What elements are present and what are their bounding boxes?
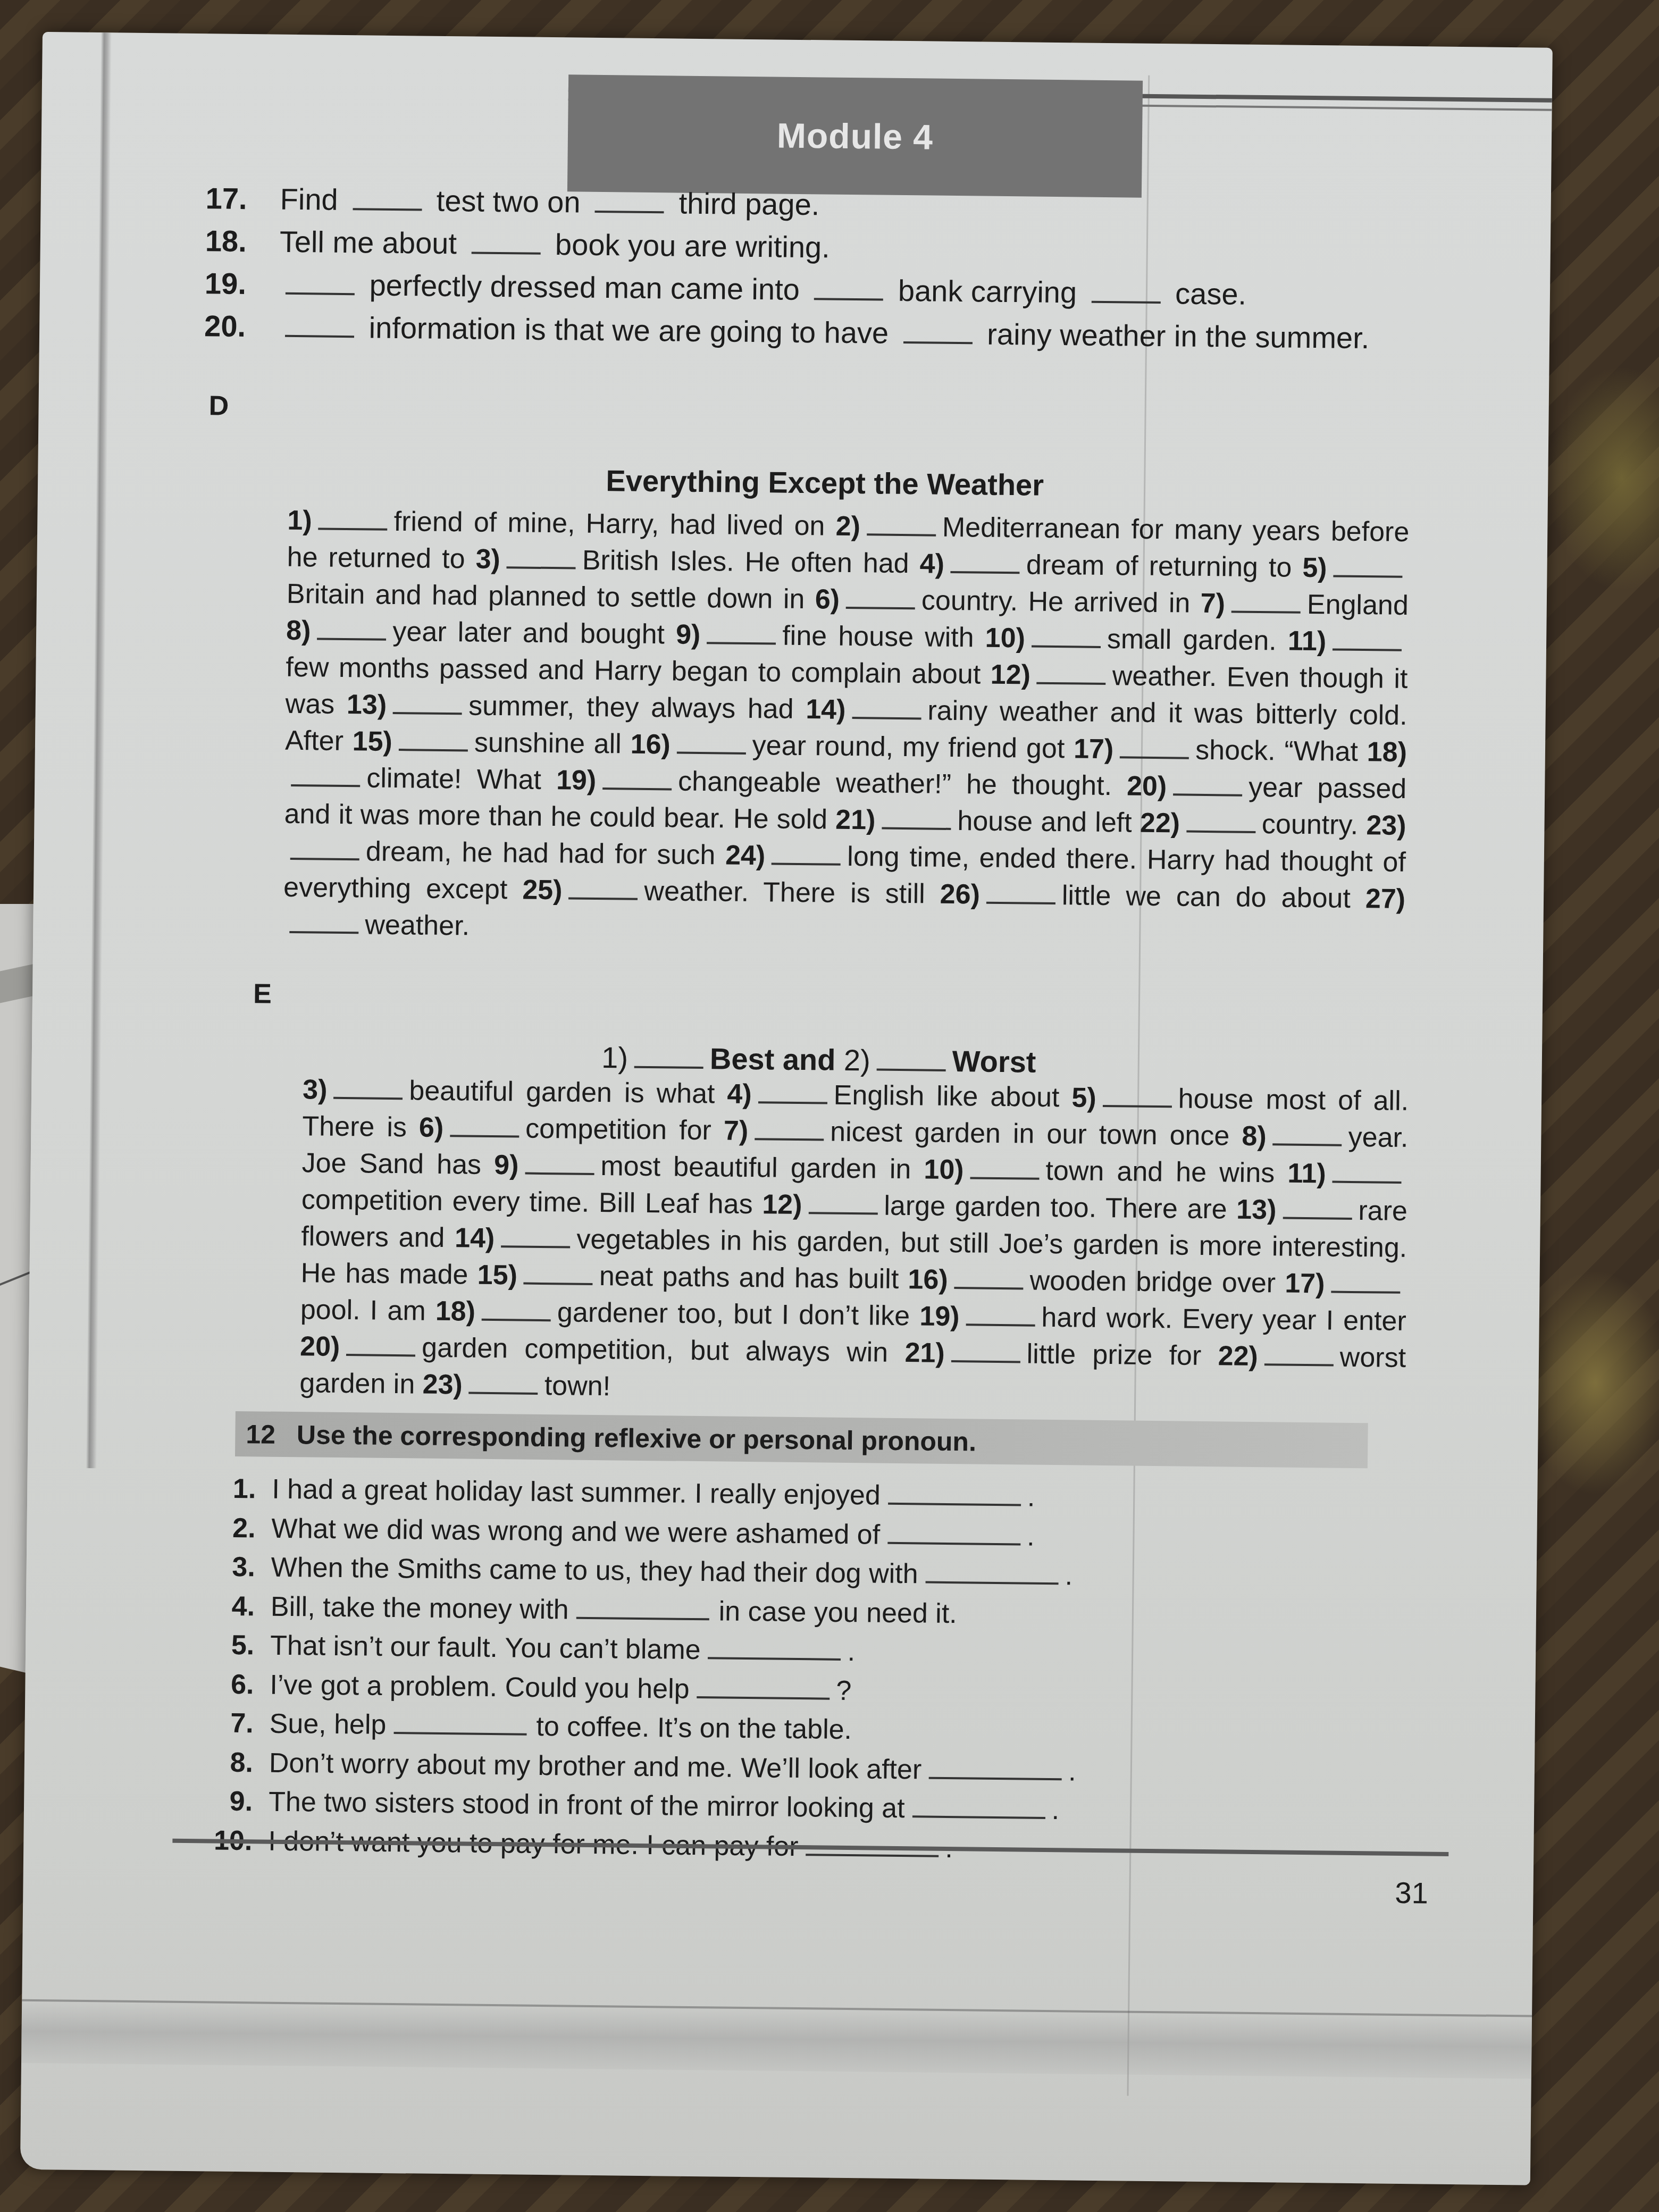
gap-number: 10) <box>985 623 1025 654</box>
item-text: test two on <box>436 184 580 219</box>
item-text-after: . <box>1068 1756 1076 1787</box>
item-number: 18. <box>205 220 280 263</box>
answer-blank[interactable] <box>1283 1216 1352 1220</box>
answer-blank[interactable] <box>1032 644 1101 648</box>
answer-blank[interactable] <box>318 526 387 530</box>
answer-blank[interactable] <box>317 636 386 640</box>
story-text: sunshine all <box>474 727 622 760</box>
story-text: year round, my friend got <box>752 730 1065 764</box>
module-label: Module 4 <box>777 115 934 157</box>
gap-number: 4) <box>727 1079 752 1110</box>
gap-number: 14) <box>806 694 846 725</box>
answer-blank[interactable] <box>912 1814 1045 1819</box>
gap-number: 21) <box>835 805 876 836</box>
item-text: bank carrying <box>898 274 1077 309</box>
module-banner: Module 4 <box>567 74 1143 197</box>
story-text: house and left <box>957 806 1132 838</box>
item-text: perfectly dressed man came into <box>369 268 800 306</box>
item-number: 5. <box>196 1626 255 1665</box>
answer-blank[interactable] <box>877 1068 946 1071</box>
item-text: rainy weather in the summer. <box>987 317 1370 355</box>
story-text: dream, he had had for such <box>366 836 716 870</box>
item-text-after: to coffee. It’s on the table. <box>536 1711 852 1745</box>
story-text: beautiful garden is what <box>409 1075 715 1109</box>
answer-blank[interactable] <box>450 1134 519 1137</box>
answer-blank[interactable] <box>1332 1180 1401 1184</box>
story-text: changeable weather!” he thought. <box>678 766 1112 802</box>
item-number: 20. <box>204 305 279 348</box>
item-number: 1. <box>197 1469 256 1509</box>
item-number: 7. <box>195 1704 254 1744</box>
answer-blank[interactable] <box>852 716 921 719</box>
answer-blank[interactable] <box>1333 574 1402 577</box>
item-text: Sue, help <box>269 1708 386 1740</box>
exercise-12-instruction: Use the corresponding reflexive or perso… <box>297 1419 977 1457</box>
gap-number: 8) <box>286 615 311 646</box>
answer-blank[interactable] <box>1333 647 1402 651</box>
gap-number: 7) <box>724 1116 749 1146</box>
gap-number: 20) <box>1127 770 1167 802</box>
answer-blank[interactable] <box>925 1580 1058 1585</box>
gap-number: 19) <box>919 1301 960 1332</box>
story-text: town and he wins <box>1045 1155 1275 1189</box>
answer-blank[interactable] <box>1186 829 1255 833</box>
gap-number: 19) <box>556 765 597 796</box>
exercise-12-number: 12 <box>246 1419 275 1450</box>
story-text: large garden too. There are <box>884 1191 1227 1225</box>
story-text: most beautiful garden in <box>600 1151 911 1185</box>
story-text: English like about <box>833 1080 1059 1113</box>
answer-blank[interactable] <box>507 565 576 569</box>
item-number: 6. <box>195 1665 254 1705</box>
item-text-after: . <box>1027 1521 1035 1552</box>
section-e-letter: E <box>253 978 272 1010</box>
answer-blank[interactable] <box>1331 1290 1400 1294</box>
answer-blank[interactable] <box>602 786 672 790</box>
item-number: 3. <box>196 1547 255 1587</box>
item-text: When the Smiths came to us, they had the… <box>271 1552 918 1590</box>
gap-number: 1) <box>601 1041 628 1075</box>
story-text: garden competition, but always win <box>422 1333 889 1368</box>
story-text: year later and bought <box>392 616 665 650</box>
gap-number: 16) <box>630 729 671 760</box>
item-number: 19. <box>205 262 280 305</box>
story-text: dream of returning to <box>1026 549 1292 583</box>
answer-blank[interactable] <box>399 748 468 751</box>
worksheet-page: Module 4 17.Find test two on third page.… <box>20 32 1553 2185</box>
answer-blank[interactable] <box>501 1244 570 1248</box>
section-d-title: Everything Except the Weather <box>70 458 1580 508</box>
story-text: country. <box>1262 809 1359 841</box>
gap-number: 17) <box>1285 1268 1325 1300</box>
item-number: 17. <box>205 177 280 220</box>
answer-blank[interactable] <box>634 1065 703 1069</box>
story-text: pool. I am <box>300 1294 426 1326</box>
title-text: Worst <box>952 1044 1036 1079</box>
gap-number: 26) <box>940 879 980 910</box>
item-text-after: ? <box>836 1675 852 1706</box>
gap-number: 15) <box>352 726 392 757</box>
gap-number: 7) <box>1200 588 1225 619</box>
story-text: few months passed and Harry began to com… <box>286 652 981 690</box>
item-text-after: . <box>1027 1482 1035 1513</box>
story-text: weather. There is still <box>644 876 925 910</box>
gap-number: 13) <box>1236 1194 1277 1226</box>
story-text: England <box>1307 589 1409 621</box>
gap-number: 6) <box>419 1112 444 1143</box>
story-text: British Isles. He often had <box>582 545 909 579</box>
gap-number: 25) <box>522 875 563 906</box>
story-text: competition for <box>525 1113 711 1146</box>
gap-number: 5) <box>1071 1082 1096 1113</box>
gap-number: 9) <box>676 619 701 650</box>
answer-blank[interactable] <box>814 297 883 300</box>
story-text: little we can do about <box>1062 880 1351 914</box>
answer-blank[interactable] <box>903 340 973 344</box>
item-text: Bill, take the money with <box>271 1591 569 1625</box>
story-text: little prize for <box>1026 1339 1201 1371</box>
item-text: book you are writing. <box>555 228 830 264</box>
answer-blank[interactable] <box>808 1211 877 1214</box>
story-text: gardener too, but I don’t like <box>557 1297 910 1331</box>
gap-number: 4) <box>919 548 944 579</box>
answer-blank[interactable] <box>1103 1104 1172 1108</box>
story-text: hard work. Every year I enter <box>1041 1302 1406 1337</box>
gap-number: 16) <box>908 1264 948 1295</box>
exercise-c-list: 17.Find test two on third page. 18.Tell … <box>204 177 1482 361</box>
item-text: information is that we are going to have <box>368 311 889 349</box>
gap-number: 18) <box>435 1296 476 1327</box>
gap-number: 2) <box>835 511 860 542</box>
answer-blank[interactable] <box>525 1171 594 1175</box>
item-text-after: . <box>1065 1560 1073 1591</box>
item-text: case. <box>1175 276 1247 311</box>
answer-blank[interactable] <box>290 857 359 860</box>
answer-blank[interactable] <box>1091 300 1160 304</box>
answer-blank[interactable] <box>568 896 638 900</box>
gap-number: 27) <box>1365 883 1406 915</box>
answer-blank[interactable] <box>772 861 841 865</box>
item-number: 4. <box>196 1587 255 1627</box>
story-text: town! <box>544 1370 611 1402</box>
answer-blank[interactable] <box>951 1359 1020 1363</box>
answer-blank[interactable] <box>677 751 746 755</box>
gap-number: 20) <box>300 1331 340 1362</box>
answer-blank[interactable] <box>1120 755 1189 759</box>
gap-number: 24) <box>725 840 766 872</box>
gap-number: 2) <box>844 1043 870 1077</box>
story-text: Britain and had planned to settle down i… <box>287 579 805 615</box>
answer-blank[interactable] <box>482 1318 551 1321</box>
item-text: That isn’t our fault. You can’t blame <box>270 1630 701 1665</box>
story-text: shock. “What <box>1195 735 1358 767</box>
story-text: fine house with <box>782 621 974 653</box>
gap-number: 6) <box>815 584 840 615</box>
item-number: 8. <box>195 1743 254 1783</box>
answer-blank[interactable] <box>469 1391 538 1395</box>
story-text: country. He arrived in <box>921 585 1191 618</box>
exercise-12-list: 1.I had a great holiday last summer. I r… <box>194 1469 1421 1873</box>
gap-number: 3) <box>475 544 500 575</box>
gap-number: 1) <box>287 505 312 536</box>
story-text: weather. <box>365 909 470 941</box>
gap-number: 13) <box>347 689 387 720</box>
answer-blank[interactable] <box>524 1281 593 1285</box>
section-e-story: 3)beautiful garden is what 4)English lik… <box>299 1071 1409 1413</box>
section-d-story: 1)friend of mine, Harry, had lived on 2)… <box>283 502 1410 954</box>
bottom-shadow-band <box>21 1999 1532 2079</box>
story-text: neat paths and has built <box>599 1261 899 1295</box>
answer-blank[interactable] <box>986 901 1055 904</box>
item-text: The two sisters stood in front of the mi… <box>269 1787 905 1824</box>
page-number: 31 <box>1395 1875 1428 1911</box>
answer-blank[interactable] <box>882 826 951 830</box>
answer-blank[interactable] <box>333 1096 403 1100</box>
item-text: Don’t worry about my brother and me. We’… <box>269 1747 922 1785</box>
answer-blank[interactable] <box>595 210 664 213</box>
answer-blank[interactable] <box>970 1176 1039 1179</box>
answer-blank[interactable] <box>929 1775 1062 1780</box>
binding-line <box>86 32 112 1468</box>
answer-blank[interactable] <box>471 250 540 254</box>
item-text-after: . <box>847 1636 855 1667</box>
title-text: Best and <box>710 1042 836 1076</box>
gap-number: 18) <box>1367 736 1407 768</box>
answer-blank[interactable] <box>393 1731 526 1736</box>
gap-number: 17) <box>1074 733 1114 765</box>
item-text: third page. <box>678 187 819 222</box>
section-d-letter: D <box>208 390 229 422</box>
item-text: What we did was wrong and we were ashame… <box>271 1513 880 1550</box>
item-text: Tell me about <box>280 225 457 260</box>
gap-number: 21) <box>904 1337 945 1369</box>
answer-blank[interactable] <box>708 1656 841 1661</box>
gap-number: 12) <box>990 659 1030 691</box>
answer-blank[interactable] <box>285 334 354 338</box>
gap-number: 10) <box>924 1154 964 1185</box>
gap-number: 23) <box>422 1369 463 1401</box>
answer-blank[interactable] <box>291 783 360 787</box>
item-number: 9. <box>194 1782 253 1822</box>
story-text: summer, they always had <box>468 690 794 724</box>
gap-number: 22) <box>1218 1340 1258 1372</box>
answer-blank[interactable] <box>576 1615 709 1620</box>
gap-number: 9) <box>494 1150 519 1180</box>
answer-blank[interactable] <box>887 1540 1020 1545</box>
answer-blank[interactable] <box>755 1137 824 1141</box>
answer-blank[interactable] <box>697 1695 829 1700</box>
answer-blank[interactable] <box>806 1853 939 1857</box>
answer-blank[interactable] <box>1037 681 1106 685</box>
answer-blank[interactable] <box>289 930 358 934</box>
answer-blank[interactable] <box>346 1353 415 1356</box>
gap-number: 22) <box>1140 808 1180 839</box>
gap-number: 11) <box>1287 1158 1326 1189</box>
story-text: small garden. <box>1107 624 1277 656</box>
gap-number: 5) <box>1302 552 1327 583</box>
answer-blank[interactable] <box>867 532 936 536</box>
answer-blank[interactable] <box>393 711 462 715</box>
answer-blank[interactable] <box>1173 792 1242 796</box>
item-text-after: in case you need it. <box>718 1596 957 1629</box>
answer-blank[interactable] <box>954 1286 1024 1289</box>
item-number: 2. <box>197 1509 256 1548</box>
story-text: climate! What <box>366 763 541 795</box>
answer-blank[interactable] <box>888 1502 1021 1506</box>
answer-blank[interactable] <box>951 570 1020 574</box>
exercise-12-header: 12 Use the corresponding reflexive or pe… <box>235 1411 1368 1468</box>
item-text: I had a great holiday last summer. I rea… <box>272 1474 881 1511</box>
story-text: friend of mine, Harry, had lived on <box>393 506 825 541</box>
gap-number: 23) <box>1366 810 1406 841</box>
answer-blank[interactable] <box>1264 1362 1334 1366</box>
gap-number: 11) <box>1288 626 1327 657</box>
answer-blank[interactable] <box>1272 1142 1342 1146</box>
answer-blank[interactable] <box>846 606 915 609</box>
gap-number: 3) <box>303 1074 328 1105</box>
answer-blank[interactable] <box>966 1322 1035 1326</box>
item-text: I’ve got a problem. Could you help <box>270 1669 690 1704</box>
gap-number: 8) <box>1242 1121 1267 1152</box>
story-text: nicest garden in our town once <box>830 1117 1230 1152</box>
gap-number: 15) <box>477 1260 517 1291</box>
item-text-after: . <box>1051 1795 1059 1825</box>
answer-blank[interactable] <box>758 1100 827 1104</box>
answer-blank[interactable] <box>707 641 776 644</box>
answer-blank[interactable] <box>286 291 355 295</box>
story-text: competition every time. Bill Leaf has <box>301 1184 753 1220</box>
story-text: wooden bridge over <box>1029 1266 1276 1299</box>
gap-number: 14) <box>455 1222 495 1254</box>
answer-blank[interactable] <box>1231 609 1301 613</box>
answer-blank[interactable] <box>353 207 422 211</box>
gap-number: 12) <box>762 1189 802 1220</box>
item-text: Find <box>280 182 338 216</box>
